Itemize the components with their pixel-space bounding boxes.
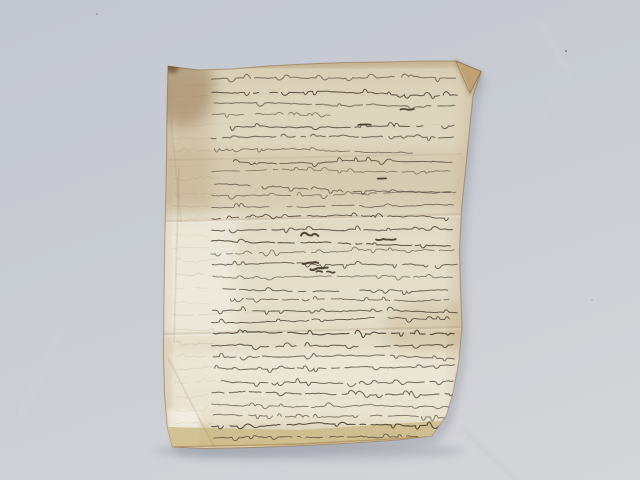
manuscript-page xyxy=(150,50,483,449)
backdrop-crease xyxy=(462,428,516,480)
manuscript-svg xyxy=(0,0,640,480)
photo-backdrop xyxy=(0,0,640,480)
